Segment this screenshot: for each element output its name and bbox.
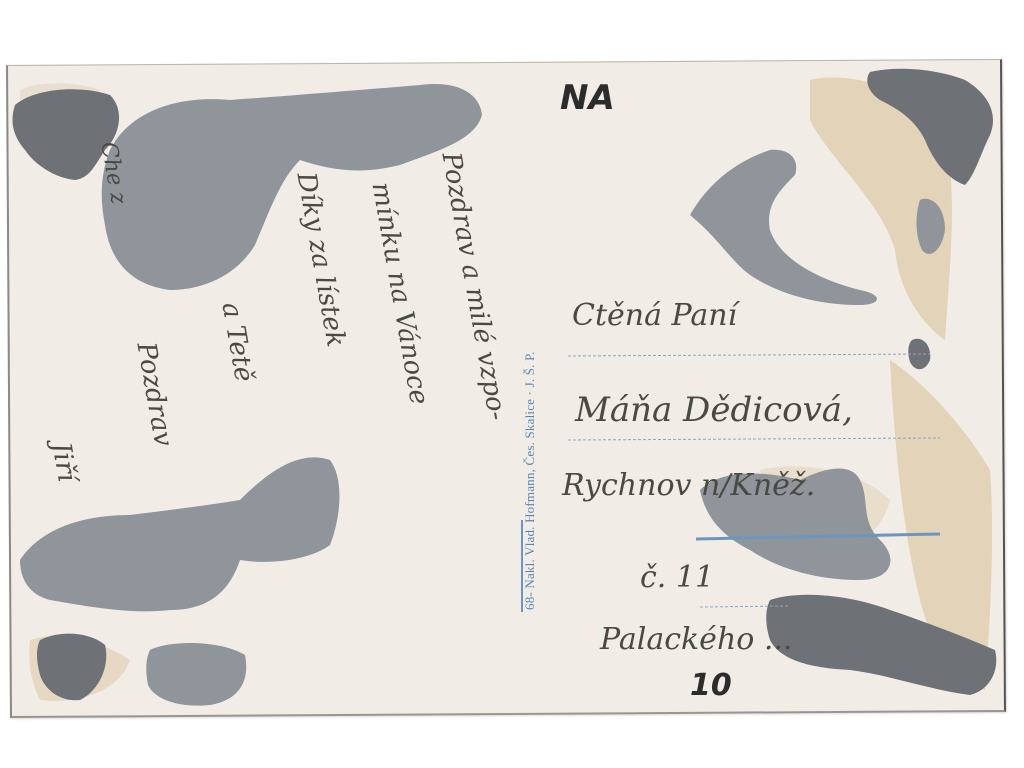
address-line-1: Ctěná Paní [572, 298, 737, 333]
pencil-note-top: NA [560, 78, 615, 118]
address-line-5: Palackého ... [600, 622, 792, 657]
pencil-note-bottom: 10 [690, 668, 732, 703]
address-line-4: č. 11 [640, 560, 714, 595]
address-line-2: Máňa Dědicová, [575, 390, 853, 430]
address-line-3: Rychnov n/Kněž. [562, 468, 815, 503]
